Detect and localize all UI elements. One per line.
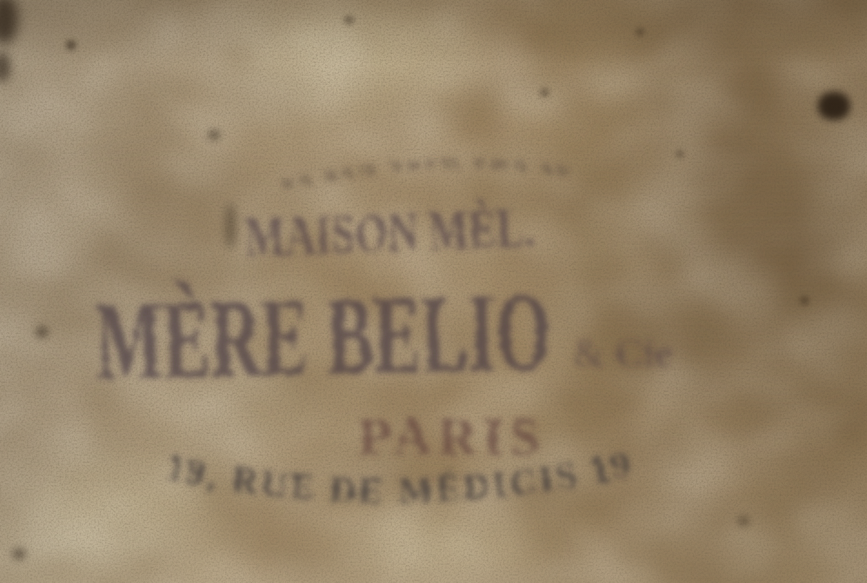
photo-vignette xyxy=(0,0,867,583)
canvas-photo: nu unm nuum umn nu MAISON MÈL. MÈRE BELI… xyxy=(0,0,867,583)
